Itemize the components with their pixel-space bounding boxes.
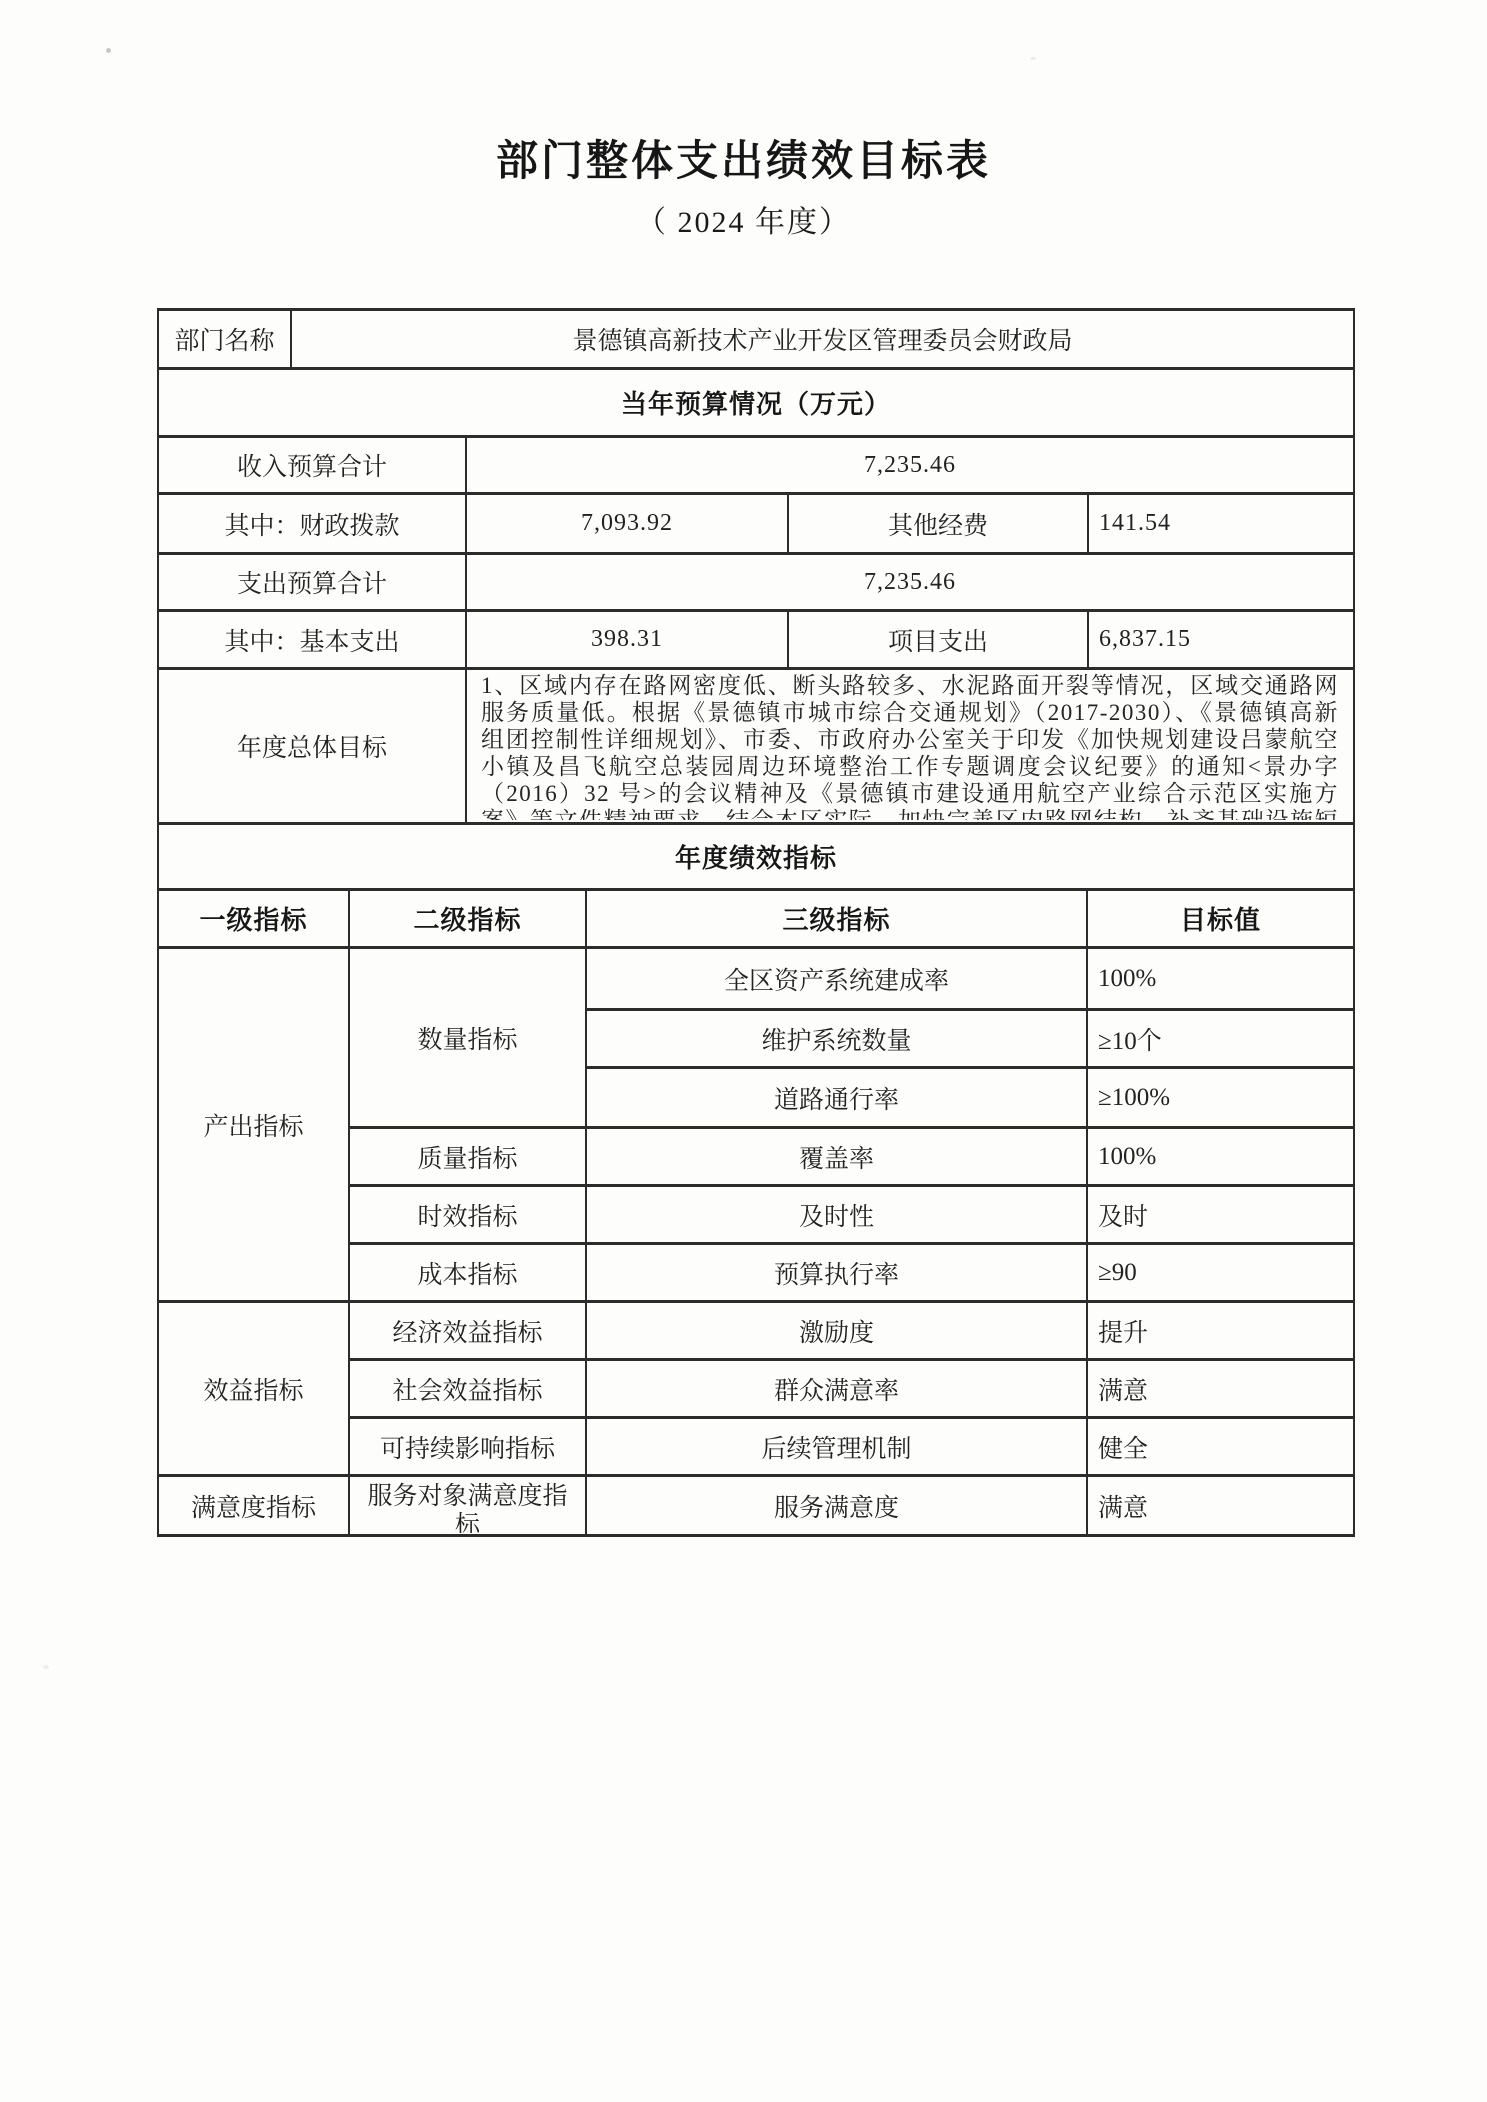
indicator-row: 效益指标 经济效益指标 激励度 提升 <box>158 1302 1354 1360</box>
project-expense-value: 6,837.15 <box>1088 611 1354 669</box>
other-funds-label: 其他经费 <box>788 494 1088 554</box>
level2-social: 社会效益指标 <box>349 1360 586 1418</box>
scan-speck <box>1030 57 1036 60</box>
expense-total-row: 支出预算合计 7,235.46 <box>158 554 1354 611</box>
annual-goal-text: 1、区域内存在路网密度低、断头路较多、水泥路面开裂等情况，区域交通路网服务质量低… <box>467 670 1353 820</box>
budget-section-title: 当年预算情况（万元） <box>158 369 1354 437</box>
header-target: 目标值 <box>1087 890 1354 948</box>
target-value: 健全 <box>1087 1418 1354 1476</box>
basic-expense-row: 其中：基本支出 398.31 项目支出 6,837.15 <box>158 611 1354 669</box>
header-level1: 一级指标 <box>158 890 349 948</box>
level2-sustainable: 可持续影响指标 <box>349 1418 586 1476</box>
expense-total-value: 7,235.46 <box>466 554 1354 611</box>
income-total-label: 收入预算合计 <box>158 437 466 494</box>
level3-indicator: 及时性 <box>586 1186 1087 1244</box>
level2-quality: 质量指标 <box>349 1128 586 1186</box>
performance-indicator-table: 一级指标 二级指标 三级指标 目标值 产出指标 数量指标 全区资产系统建成率 1… <box>157 888 1355 1537</box>
basic-expense-label: 其中：基本支出 <box>158 611 466 669</box>
header-level2: 二级指标 <box>349 890 586 948</box>
document-subtitle: （ 2024 年度） <box>0 197 1487 241</box>
level3-indicator: 覆盖率 <box>586 1128 1087 1186</box>
level3-indicator: 后续管理机制 <box>586 1418 1087 1476</box>
project-expense-label: 项目支出 <box>788 611 1088 669</box>
level3-indicator: 全区资产系统建成率 <box>586 948 1087 1010</box>
target-value: 100% <box>1087 1128 1354 1186</box>
level2-cost: 成本指标 <box>349 1244 586 1302</box>
annual-goal-cell: 1、区域内存在路网密度低、断头路较多、水泥路面开裂等情况，区域交通路网服务质量低… <box>466 669 1354 824</box>
level3-indicator: 服务满意度 <box>586 1476 1087 1536</box>
header-level3: 三级指标 <box>586 890 1087 948</box>
level1-output: 产出指标 <box>158 948 349 1302</box>
level3-indicator: 激励度 <box>586 1302 1087 1360</box>
department-value: 景德镇高新技术产业开发区管理委员会财政局 <box>291 310 1354 369</box>
level3-indicator: 预算执行率 <box>586 1244 1087 1302</box>
level1-benefit: 效益指标 <box>158 1302 349 1476</box>
basic-expense-value: 398.31 <box>466 611 788 669</box>
expense-total-label: 支出预算合计 <box>158 554 466 611</box>
target-value: ≥90 <box>1087 1244 1354 1302</box>
fiscal-allocation-label: 其中：财政拨款 <box>158 494 466 554</box>
level2-quantity: 数量指标 <box>349 948 586 1128</box>
level2-economic: 经济效益指标 <box>349 1302 586 1360</box>
target-value: 提升 <box>1087 1302 1354 1360</box>
target-value: 满意 <box>1087 1360 1354 1418</box>
income-total-row: 收入预算合计 7,235.46 <box>158 437 1354 494</box>
level3-indicator: 道路通行率 <box>586 1068 1087 1128</box>
department-label: 部门名称 <box>158 310 291 369</box>
fiscal-allocation-row: 其中：财政拨款 7,093.92 其他经费 141.54 <box>158 494 1354 554</box>
target-value: ≥10个 <box>1087 1010 1354 1068</box>
other-funds-value: 141.54 <box>1088 494 1354 554</box>
indicator-header-row: 一级指标 二级指标 三级指标 目标值 <box>158 890 1354 948</box>
indicator-section-title: 年度绩效指标 <box>158 824 1354 890</box>
indicator-section-header-row: 年度绩效指标 <box>158 824 1354 890</box>
scanned-document-page: 部门整体支出绩效目标表 （ 2024 年度） 部门名称 景德镇高新技术产业开发区… <box>0 0 1487 2102</box>
report-table-container: 部门名称 景德镇高新技术产业开发区管理委员会财政局 当年预算情况（万元） 收入预… <box>157 308 1353 1537</box>
budget-section-header-row: 当年预算情况（万元） <box>158 369 1354 437</box>
scan-speck <box>106 48 111 53</box>
budget-summary-table: 部门名称 景德镇高新技术产业开发区管理委员会财政局 当年预算情况（万元） 收入预… <box>157 308 1355 891</box>
document-title: 部门整体支出绩效目标表 <box>0 128 1487 188</box>
annual-goal-row: 年度总体目标 1、区域内存在路网密度低、断头路较多、水泥路面开裂等情况，区域交通… <box>158 669 1354 824</box>
target-value: 及时 <box>1087 1186 1354 1244</box>
indicator-row: 满意度指标 服务对象满意度指标 服务满意度 满意 <box>158 1476 1354 1536</box>
level1-satisfaction: 满意度指标 <box>158 1476 349 1536</box>
level2-service-satisfaction-text: 服务对象满意度指标 <box>359 1477 576 1533</box>
level3-indicator: 维护系统数量 <box>586 1010 1087 1068</box>
level2-service-satisfaction: 服务对象满意度指标 <box>349 1476 586 1536</box>
scan-speck <box>43 1665 49 1669</box>
income-total-value: 7,235.46 <box>466 437 1354 494</box>
level3-indicator: 群众满意率 <box>586 1360 1087 1418</box>
target-value: ≥100% <box>1087 1068 1354 1128</box>
department-row: 部门名称 景德镇高新技术产业开发区管理委员会财政局 <box>158 310 1354 369</box>
target-value: 100% <box>1087 948 1354 1010</box>
target-value: 满意 <box>1087 1476 1354 1536</box>
level2-timeliness: 时效指标 <box>349 1186 586 1244</box>
fiscal-allocation-value: 7,093.92 <box>466 494 788 554</box>
annual-goal-label: 年度总体目标 <box>158 669 466 824</box>
indicator-row: 产出指标 数量指标 全区资产系统建成率 100% <box>158 948 1354 1010</box>
